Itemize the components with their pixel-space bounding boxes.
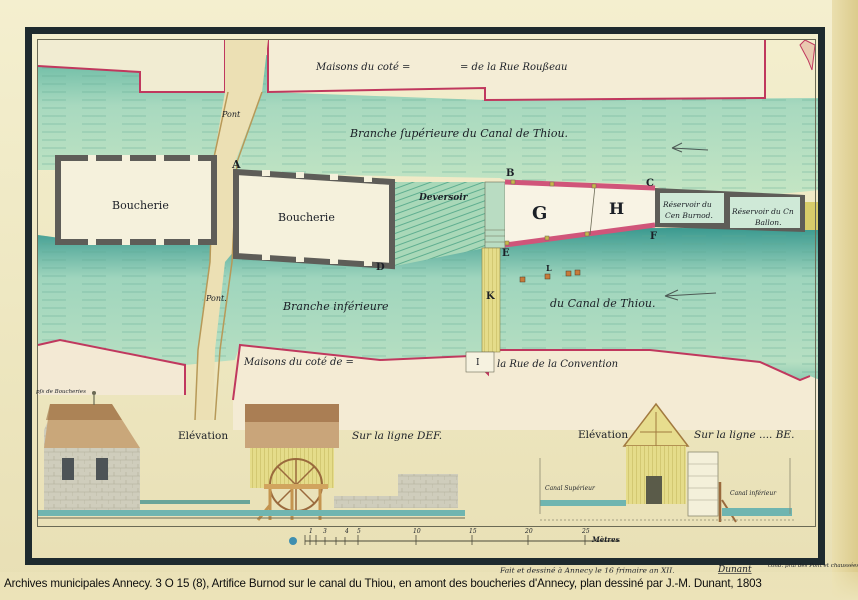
point-k-label: K [486,291,495,302]
elevation-be-title-right: Sur la ligne .... BE. [694,429,794,441]
canal-inferieur-label: Canal inférieur [730,490,776,497]
building-h-label: H [609,199,624,218]
scale-tick: 3 [323,528,327,535]
point-c-label: C [646,178,654,189]
map-inner-border [37,39,816,527]
point-l-label: L [546,263,552,273]
point-e-label: E [502,248,510,259]
deversoir-label: Deversoir [419,193,467,203]
archive-caption: Archives municipales Annecy. 3 O 15 (8),… [4,577,762,590]
reservoir-burnod-line2: Cen Burnod. [665,211,713,220]
scale-tick: 15 [469,528,477,535]
canal-superieur-label: Canal Supérieur [545,485,595,492]
reservoir-ballon-line2: Ballon. [755,218,782,227]
top-houses-right-label: = de la Rue Roußeau [460,62,567,73]
bottom-houses-right-label: la Rue de la Convention [497,359,618,370]
point-a-label: A [232,158,241,171]
elevation-def-title-left: Elévation [178,430,228,442]
elevation-def-title-right: Sur la ligne DEF. [352,430,442,442]
scale-unit: Mètres [592,535,620,544]
bridge-bottom-label: Pont. [206,294,227,303]
scale-tick: 25 [582,528,590,535]
scale-tick: 10 [413,528,421,535]
scale-tick: 1 [309,528,313,535]
elevation-def-note: pſs de Boucheries [36,389,86,395]
reservoir-ballon-line1: Réservoir du Cn [732,207,794,216]
boucherie-2-label: Boucherie [278,211,335,224]
point-b-label: B [506,168,514,179]
scale-tick: 4 [345,528,349,535]
lower-branch-left-label: Branche inférieure [283,300,389,313]
top-houses-left-label: Maisons du coté = [316,62,410,73]
scale-tick: 20 [525,528,533,535]
bottom-houses-left-label: Maisons du coté de = [244,357,354,368]
point-i-label: I [476,358,480,368]
signature-note: cond. pral des Pont et chaussées [768,563,858,569]
building-g-label: G [532,203,547,224]
elevation-be-title-left: Elévation [578,429,628,441]
bridge-top-label: Pont [222,110,240,119]
point-f-label: F [650,231,657,242]
scale-tick: 5 [357,528,361,535]
lower-branch-right-label: du Canal de Thiou. [550,297,655,310]
point-d-label: D [376,262,385,273]
reservoir-burnod-line1: Réservoir du [663,200,712,209]
upper-branch-label: Branche ſupérieure du Canal de Thiou. [350,127,568,140]
boucherie-1-label: Boucherie [112,199,169,212]
